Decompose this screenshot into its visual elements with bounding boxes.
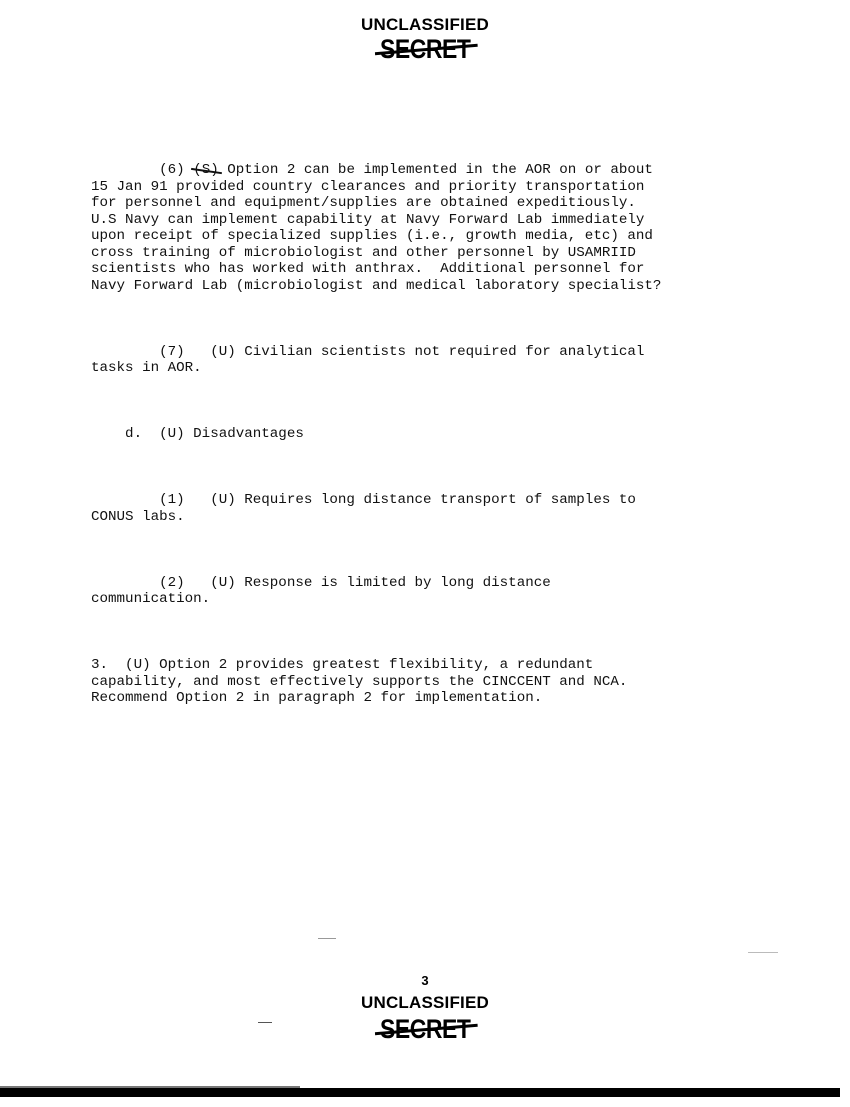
paragraph-d1: (1) (U) Requires long distance transport… xyxy=(91,492,791,525)
paragraph-6: (6) (S) Option 2 can be implemented in t… xyxy=(91,162,791,294)
paragraph-6-line: upon receipt of specialized supplies (i.… xyxy=(91,228,653,244)
paragraph-6-line: for personnel and equipment/supplies are… xyxy=(91,195,636,211)
header-struck-classification-wrap: SECRET xyxy=(0,36,850,63)
paragraph-d2-line: communication. xyxy=(91,591,210,607)
paragraph-6-line: 15 Jan 91 provided country clearances an… xyxy=(91,179,644,195)
footer-struck-classification-wrap: SECRET xyxy=(0,1016,850,1043)
paragraph-3-line: 3. (U) Option 2 provides greatest flexib… xyxy=(91,657,593,673)
scan-artifact xyxy=(748,952,778,953)
paragraph-7: (7) (U) Civilian scientists not required… xyxy=(91,344,791,377)
struck-marking: (S) xyxy=(193,162,219,179)
paragraph-3: 3. (U) Option 2 provides greatest flexib… xyxy=(91,657,791,707)
scan-bottom-bar xyxy=(0,1088,840,1097)
paragraph-3-line: capability, and most effectively support… xyxy=(91,674,627,690)
header-classification: UNCLASSIFIED xyxy=(0,15,850,35)
header-struck-classification: SECRET xyxy=(380,36,471,63)
footer-classification: UNCLASSIFIED xyxy=(0,993,850,1013)
paragraph-6-number: (6) xyxy=(159,162,185,178)
paragraph-6-line: Option 2 can be implemented in the AOR o… xyxy=(227,162,653,178)
paragraph-6-line: U.S Navy can implement capability at Nav… xyxy=(91,212,644,228)
paragraph-d2: (2) (U) Response is limited by long dist… xyxy=(91,575,791,608)
paragraph-7-line: tasks in AOR. xyxy=(91,360,202,376)
scan-artifact xyxy=(318,938,336,939)
footer-struck-classification: SECRET xyxy=(380,1016,471,1043)
paragraph-3-line: Recommend Option 2 in paragraph 2 for im… xyxy=(91,690,542,706)
paragraph-d1-line: CONUS labs. xyxy=(91,509,185,525)
paragraph-d1-line: (1) (U) Requires long distance transport… xyxy=(91,492,636,508)
document-body: (6) (S) Option 2 can be implemented in t… xyxy=(91,129,791,740)
paragraph-d2-line: (2) (U) Response is limited by long dist… xyxy=(91,575,551,591)
page-number: 3 xyxy=(0,973,850,988)
paragraph-6-line: cross training of microbiologist and oth… xyxy=(91,245,636,261)
paragraph-7-line: (7) (U) Civilian scientists not required… xyxy=(91,344,644,360)
paragraph-d-heading: d. (U) Disadvantages xyxy=(91,426,791,443)
disadvantages-heading: d. (U) Disadvantages xyxy=(91,426,304,442)
paragraph-6-line: scientists who has worked with anthrax. … xyxy=(91,261,644,277)
paragraph-6-line: Navy Forward Lab (microbiologist and med… xyxy=(91,278,661,294)
